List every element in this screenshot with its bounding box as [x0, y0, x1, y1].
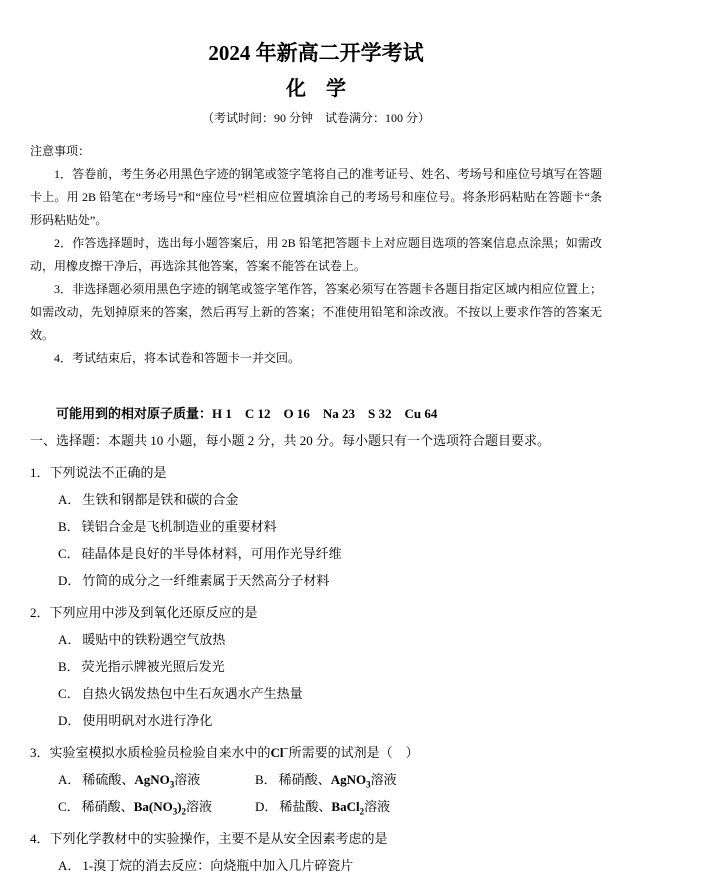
option-a: A．生铁和钢都是铁和碳的合金	[30, 486, 602, 513]
exam-title: 2024 年新高二开学考试	[30, 40, 602, 67]
option-text: 稀硝酸、AgNO3溶液	[279, 772, 397, 787]
option-group: A．生铁和钢都是铁和碳的合金B．镁铝合金是飞机制造业的重要材料C．硅晶体是良好的…	[30, 486, 602, 594]
option-b: B．稀硝酸、AgNO3溶液	[255, 766, 602, 793]
option-label: A．	[58, 772, 80, 787]
question-list: 1．下列说法不正确的是A．生铁和钢都是铁和碳的合金B．镁铝合金是飞机制造业的重要…	[30, 459, 602, 877]
section-one-heading: 一、选择题：本题共 10 小题，每小题 2 分，共 20 分。每小题只有一个选项…	[30, 427, 602, 454]
question-text: 下列说法不正确的是	[50, 465, 167, 480]
option-label: A．	[58, 632, 80, 647]
question-number: 2．	[30, 605, 50, 620]
option-c: C．硅晶体是良好的半导体材料，可用作光导纤维	[30, 540, 602, 567]
option-text: 镁铝合金是飞机制造业的重要材料	[82, 519, 277, 534]
question-stem: 1．下列说法不正确的是	[30, 459, 602, 486]
question-stem: 3．实验室模拟水质检验员检验自来水中的Cl−所需要的试剂是（ ）	[30, 739, 602, 766]
option-a: A．1-溴丁烷的消去反应：向烧瓶中加入几片碎瓷片	[30, 852, 602, 877]
option-text: 硅晶体是良好的半导体材料，可用作光导纤维	[82, 546, 342, 561]
notice-item: 4．考试结束后，将本试卷和答题卡一并交回。	[30, 347, 602, 370]
option-label: A．	[58, 858, 80, 873]
option-label: C．	[58, 799, 80, 814]
option-label: C．	[58, 546, 80, 561]
notice-items: 1．答卷前，考生务必用黑色字迹的钢笔或签字笔将自己的准考证号、姓名、考场号和座位…	[30, 163, 602, 370]
option-a: A．稀硫酸、AgNO3溶液	[58, 766, 255, 793]
question-number: 4．	[30, 831, 50, 846]
question: 2．下列应用中涉及到氧化还原反应的是A．暖贴中的铁粉遇空气放热B．荧光指示牌被光…	[30, 599, 602, 734]
option-group: A．1-溴丁烷的消去反应：向烧瓶中加入几片碎瓷片	[30, 852, 602, 877]
option-b: B．镁铝合金是飞机制造业的重要材料	[30, 513, 602, 540]
option-group: A．稀硫酸、AgNO3溶液B．稀硝酸、AgNO3溶液C．稀硝酸、Ba(NO3)2…	[30, 766, 602, 820]
option-label: D．	[58, 573, 80, 588]
question: 4．下列化学教材中的实验操作，主要不是从安全因素考虑的是A．1-溴丁烷的消去反应…	[30, 825, 602, 877]
option-label: D．	[255, 799, 277, 814]
notice-item: 3．非选择题必须用黑色字迹的钢笔或签字笔作答，答案必须写在答题卡各题目指定区域内…	[30, 278, 602, 347]
question-number: 1．	[30, 465, 50, 480]
option-text: 稀盐酸、BaCl2溶液	[279, 799, 390, 814]
option-text: 竹简的成分之一纤维素属于天然高分子材料	[82, 573, 329, 588]
option-a: A．暖贴中的铁粉遇空气放热	[30, 626, 602, 653]
option-label: C．	[58, 686, 80, 701]
exam-paper-page: 2024 年新高二开学考试 化 学 （考试时间：90 分钟 试卷满分：100 分…	[0, 0, 701, 877]
question-text: 下列化学教材中的实验操作，主要不是从安全因素考虑的是	[50, 831, 388, 846]
question-stem: 4．下列化学教材中的实验操作，主要不是从安全因素考虑的是	[30, 825, 602, 852]
option-text: 稀硫酸、AgNO3溶液	[82, 772, 200, 787]
option-text: 自热火锅发热包中生石灰遇水产生热量	[82, 686, 303, 701]
question-number: 3．	[30, 745, 50, 760]
atomic-mass-values: H 1 C 12 O 16 Na 23 S 32 Cu 64	[212, 406, 437, 421]
question-stem: 2．下列应用中涉及到氧化还原反应的是	[30, 599, 602, 626]
notice-item: 1．答卷前，考生务必用黑色字迹的钢笔或签字笔将自己的准考证号、姓名、考场号和座位…	[30, 163, 602, 232]
option-text: 使用明矾对水进行净化	[82, 713, 212, 728]
notice-item: 2．作答选择题时，选出每小题答案后，用 2B 铅笔把答题卡上对应题目选项的答案信…	[30, 232, 602, 278]
question-text: 实验室模拟水质检验员检验自来水中的Cl−所需要的试剂是（ ）	[50, 745, 419, 760]
option-label: B．	[58, 519, 80, 534]
option-label: B．	[58, 659, 80, 674]
option-d: D．稀盐酸、BaCl2溶液	[255, 793, 602, 820]
option-c: C．稀硝酸、Ba(NO3)2溶液	[58, 793, 255, 820]
atomic-mass-label: 可能用到的相对原子质量：	[56, 406, 212, 421]
notice-section: 注意事项： 1．答卷前，考生务必用黑色字迹的钢笔或签字笔将自己的准考证号、姓名、…	[30, 140, 602, 370]
option-label: D．	[58, 713, 80, 728]
question-text: 下列应用中涉及到氧化还原反应的是	[50, 605, 258, 620]
option-text: 荧光指示牌被光照后发光	[82, 659, 225, 674]
exam-subject: 化 学	[30, 76, 602, 102]
option-group: A．暖贴中的铁粉遇空气放热B．荧光指示牌被光照后发光C．自热火锅发热包中生石灰遇…	[30, 626, 602, 734]
question: 1．下列说法不正确的是A．生铁和钢都是铁和碳的合金B．镁铝合金是飞机制造业的重要…	[30, 459, 602, 594]
option-b: B．荧光指示牌被光照后发光	[30, 653, 602, 680]
option-text: 生铁和钢都是铁和碳的合金	[82, 492, 238, 507]
question: 3．实验室模拟水质检验员检验自来水中的Cl−所需要的试剂是（ ）A．稀硫酸、Ag…	[30, 739, 602, 820]
option-c: C．自热火锅发热包中生石灰遇水产生热量	[30, 680, 602, 707]
option-d: D．竹简的成分之一纤维素属于天然高分子材料	[30, 567, 602, 594]
option-text: 1-溴丁烷的消去反应：向烧瓶中加入几片碎瓷片	[82, 858, 353, 873]
exam-info-line: （考试时间：90 分钟 试卷满分：100 分）	[30, 109, 602, 127]
option-d: D．使用明矾对水进行净化	[30, 707, 602, 734]
atomic-mass-line: 可能用到的相对原子质量：H 1 C 12 O 16 Na 23 S 32 Cu …	[30, 400, 602, 427]
option-label: B．	[255, 772, 277, 787]
option-text: 暖贴中的铁粉遇空气放热	[82, 632, 225, 647]
option-text: 稀硝酸、Ba(NO3)2溶液	[82, 799, 212, 814]
option-label: A．	[58, 492, 80, 507]
notice-heading: 注意事项：	[30, 140, 602, 163]
